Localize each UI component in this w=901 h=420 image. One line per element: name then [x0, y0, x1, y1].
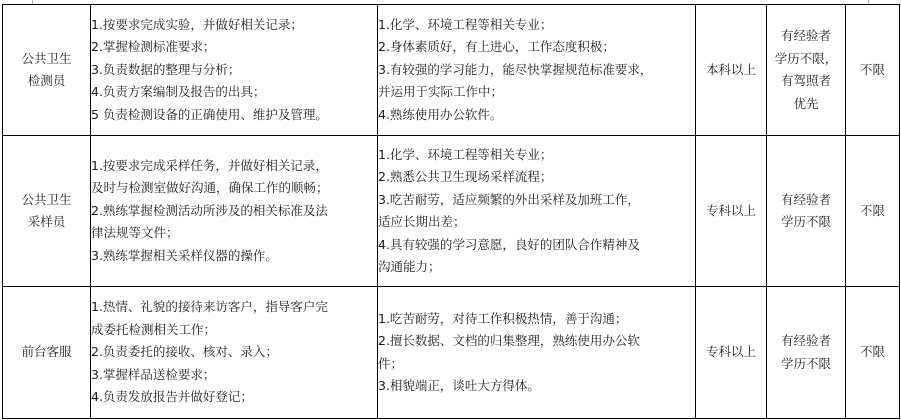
experience-cell: 有经验者学历不限 [767, 136, 846, 287]
position-cell-line: 前台客服 [3, 341, 90, 364]
duties-cell-line: 成委托检测相关工作； [91, 319, 377, 342]
position-cell-line: 采样员 [3, 211, 90, 234]
position-cell-line: 公共卫生 [3, 189, 90, 212]
experience-cell-line: 学历不限， [767, 48, 845, 71]
requirements-cell-line: 3.相貌端正，谈吐大方得体。 [378, 375, 695, 398]
duties-cell-line: 3.掌握样品送检要求； [91, 364, 377, 387]
age-cell-text: 不限 [846, 200, 899, 223]
duties-cell-line: 5 负责检测设备的正确使用、维护及管理。 [91, 104, 377, 127]
duties-cell-line: 及时与检测室做好沟通，确保工作的顺畅； [91, 177, 377, 200]
age-cell: 不限 [846, 287, 900, 419]
duties-cell-line: 3.熟练掌握相关采样仪器的操作。 [91, 245, 377, 268]
experience-cell: 有经验者学历不限，有驾照者优先 [767, 5, 846, 136]
education-cell: 专科以上 [696, 287, 767, 419]
requirements-cell-line: 2.身体素质好，有上进心，工作态度积极； [378, 36, 695, 59]
requirements-cell-line: 并运用于实际工作中； [378, 81, 695, 104]
requirements-cell-line: 4.具有较强的学习意愿，良好的团队合作精神及 [378, 234, 695, 257]
experience-cell: 有经验者学历不限 [767, 287, 846, 419]
table-row: 公共卫生采样员1.按要求完成采样任务，并做好相关记录，及时与检测室做好沟通，确保… [3, 136, 900, 287]
education-cell-text: 专科以上 [696, 341, 766, 364]
duties-cell-line: 1.按要求完成采样任务，并做好相关记录， [91, 155, 377, 178]
duties-cell-line: 1.热情、礼貌的接待来访客户，指导客户完 [91, 296, 377, 319]
requirements-cell: 1.化学、环境工程等相关专业；2.身体素质好，有上进心，工作态度积极；3.有较强… [378, 5, 696, 136]
experience-cell-line: 学历不限 [767, 211, 845, 234]
experience-cell-line: 有经验者 [767, 189, 845, 212]
requirements-cell-line: 件； [378, 353, 695, 376]
position-cell: 前台客服 [3, 287, 91, 419]
age-cell-text: 不限 [846, 341, 899, 364]
requirements-cell: 1.吃苦耐劳，对待工作积极热情，善于沟通；2.擅长数据、文档的归集整理，熟练使用… [378, 287, 696, 419]
requirements-cell-line: 沟通能力； [378, 256, 695, 279]
table-row: 公共卫生检测员1.按要求完成实验，并做好相关记录；2.掌握检测标准要求；3.负责… [3, 5, 900, 136]
age-cell: 不限 [846, 136, 900, 287]
requirements-cell-line: 1.化学、环境工程等相关专业； [378, 144, 695, 167]
education-cell: 本科以上 [696, 5, 767, 136]
duties-cell: 1.按要求完成采样任务，并做好相关记录，及时与检测室做好沟通，确保工作的顺畅；2… [91, 136, 378, 287]
requirements-cell-line: 1.吃苦耐劳，对待工作积极热情，善于沟通； [378, 308, 695, 331]
duties-cell-line: 律法规等文件； [91, 222, 377, 245]
table-row: 前台客服1.热情、礼貌的接待来访客户，指导客户完成委托检测相关工作；2.负责委托… [3, 287, 900, 419]
requirements-cell-line: 1.化学、环境工程等相关专业； [378, 14, 695, 37]
requirements-cell-line: 2.熟悉公共卫生现场采样流程； [378, 166, 695, 189]
education-cell-text: 本科以上 [696, 59, 766, 82]
requirements-cell-line: 3.吃苦耐劳，适应频繁的外出采样及加班工作， [378, 189, 695, 212]
duties-cell-line: 2.负责委托的接收、核对、录入； [91, 341, 377, 364]
age-cell: 不限 [846, 5, 900, 136]
requirements-cell-line: 适应长期出差； [378, 211, 695, 234]
position-cell: 公共卫生采样员 [3, 136, 91, 287]
duties-cell-line: 2.熟练掌握检测活动所涉及的相关标准及法 [91, 200, 377, 223]
duties-cell-line: 4.负责方案编制及报告的出具； [91, 81, 377, 104]
requirements-cell-line: 2.擅长数据、文档的归集整理，熟练使用办公软 [378, 330, 695, 353]
experience-cell-line: 有经验者 [767, 25, 845, 48]
duties-cell-line: 3.负责数据的整理与分析； [91, 59, 377, 82]
experience-cell-line: 学历不限 [767, 353, 845, 376]
job-requirements-table: 公共卫生检测员1.按要求完成实验，并做好相关记录；2.掌握检测标准要求；3.负责… [2, 4, 900, 419]
requirements-cell-line: 3.有较强的学习能力，能尽快掌握规范标准要求， [378, 59, 695, 82]
position-cell-line: 检测员 [3, 70, 90, 93]
duties-cell-line: 1.按要求完成实验，并做好相关记录； [91, 14, 377, 37]
education-cell: 专科以上 [696, 136, 767, 287]
age-cell-text: 不限 [846, 59, 899, 82]
experience-cell-line: 优先 [767, 93, 845, 116]
duties-cell: 1.热情、礼貌的接待来访客户，指导客户完成委托检测相关工作；2.负责委托的接收、… [91, 287, 378, 419]
duties-cell: 1.按要求完成实验，并做好相关记录；2.掌握检测标准要求；3.负责数据的整理与分… [91, 5, 378, 136]
requirements-cell: 1.化学、环境工程等相关专业；2.熟悉公共卫生现场采样流程；3.吃苦耐劳，适应频… [378, 136, 696, 287]
duties-cell-line: 2.掌握检测标准要求； [91, 36, 377, 59]
duties-cell-line: 4.负责发放报告并做好登记； [91, 386, 377, 409]
experience-cell-line: 有驾照者 [767, 70, 845, 93]
position-cell-line: 公共卫生 [3, 48, 90, 71]
education-cell-text: 专科以上 [696, 200, 766, 223]
experience-cell-line: 有经验者 [767, 330, 845, 353]
requirements-cell-line: 4.熟练使用办公软件。 [378, 104, 695, 127]
position-cell: 公共卫生检测员 [3, 5, 91, 136]
